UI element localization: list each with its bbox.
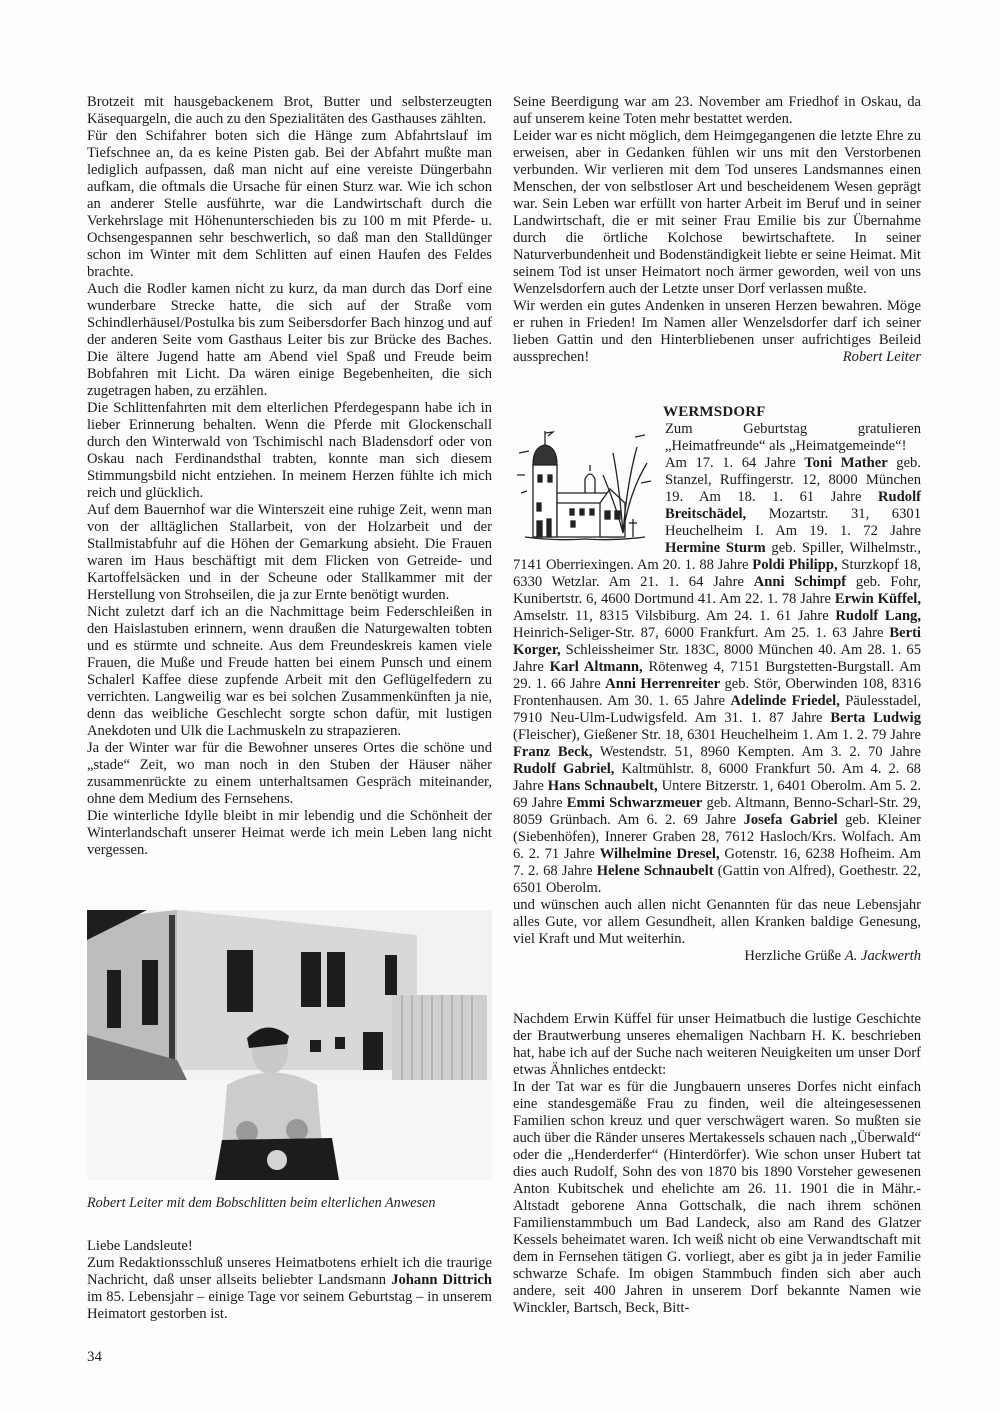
document-page: Brotzeit mit hausgebackenem Brot, Butter… (0, 0, 1000, 1412)
greeting-line: Herzliche Grüße A. Jackwerth (513, 948, 921, 965)
letter-body: Zum Redaktionsschluß unseres Heimatboten… (87, 1255, 492, 1323)
wermsdorf-section: WERMSDORF (513, 404, 921, 965)
paragraph: Die winterliche Idylle bleibt in mir leb… (87, 808, 492, 859)
obituary-signature: Robert Leiter (843, 349, 921, 366)
obituary-paragraph: Leider war es nicht möglich, dem Heimgeg… (513, 128, 921, 298)
wishes-text: und wünschen auch allen nicht Genannten … (513, 897, 921, 948)
church-illustration-icon (515, 423, 655, 551)
photo-image (87, 910, 492, 1180)
section-title: WERMSDORF (663, 404, 921, 421)
story-section: Nachdem Erwin Küffel für unser Heimatbuc… (513, 1011, 921, 1317)
paragraph: Nicht zuletzt darf ich an die Nachmittag… (87, 604, 492, 740)
letter-salutation: Liebe Landsleute! (87, 1238, 492, 1255)
obituary-paragraph: Seine Beerdigung war am 23. November am … (513, 94, 921, 128)
paragraph: Brotzeit mit hausgebackenem Brot, Butter… (87, 94, 492, 128)
deceased-name: Johann Dittrich (391, 1272, 492, 1288)
photo-bobsled (87, 910, 492, 1180)
left-column: Brotzeit mit hausgebackenem Brot, Butter… (87, 94, 492, 859)
letter-section: Liebe Landsleute! Zum Redaktionsschluß u… (87, 1238, 492, 1323)
obituary-closing: Wir werden ein gutes Andenken in unseren… (513, 298, 921, 366)
story-paragraph: Nachdem Erwin Küffel für unser Heimatbuc… (513, 1011, 921, 1079)
paragraph: Die Schlittenfahrten mit dem elterlichen… (87, 400, 492, 502)
paragraph: Auch die Rodler kamen nicht zu kurz, da … (87, 281, 492, 400)
page-number: 34 (87, 1349, 102, 1366)
greeting-signature: A. Jackwerth (845, 948, 921, 964)
photo-caption: Robert Leiter mit dem Bobschlitten beim … (87, 1195, 492, 1212)
right-column: Seine Beerdigung war am 23. November am … (513, 94, 921, 965)
paragraph: Für den Schifahrer boten sich die Hänge … (87, 128, 492, 281)
paragraph: Auf dem Bauernhof war die Winterszeit ei… (87, 502, 492, 604)
paragraph: Ja der Winter war für die Bewohner unser… (87, 740, 492, 808)
story-paragraph: In der Tat war es für die Jungbauern uns… (513, 1079, 921, 1317)
